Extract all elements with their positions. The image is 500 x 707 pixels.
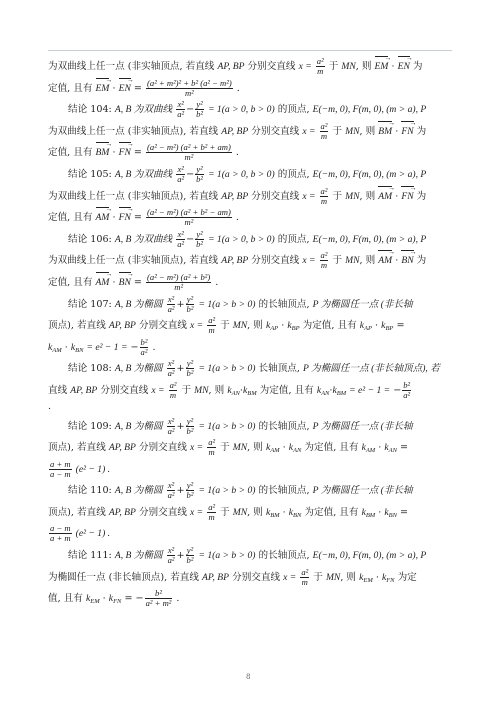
denominator: a² [176, 240, 185, 249]
paragraph-line: 为椭圆任一点 (非长轴顶点), 若直线 AP, BP 分别交直线 x = a²m… [48, 567, 452, 589]
text: A, B 为椭圆 [115, 485, 163, 496]
text: · [112, 277, 115, 288]
conclusion-label: 结论 106: [68, 234, 112, 245]
text: AP, BP [109, 320, 136, 331]
fraction: x²a² [176, 165, 185, 184]
denominator: a + m [49, 534, 72, 543]
text: = [124, 593, 132, 604]
header-rule [48, 50, 452, 51]
text: = e² − 1 = [86, 342, 127, 353]
text: x = [283, 572, 296, 583]
text: · [283, 507, 286, 518]
text: . [236, 147, 239, 158]
vector: EN [119, 78, 131, 100]
text: − [136, 593, 144, 604]
paragraph-line: a + ma − m (e² − 1) . [48, 459, 452, 481]
text: 长轴顶点, [259, 363, 300, 374]
text: MN [326, 572, 340, 583]
text: 为定值, 且有 [304, 442, 358, 453]
text: . [236, 212, 239, 223]
denominator: m [316, 67, 325, 76]
paragraph-line: 顶点), 若直线 AP, BP 分别交直线 x = a²m 于 MN, 则 kA… [48, 437, 452, 459]
paragraph-line: a − ma + m (e² − 1) . [48, 523, 452, 545]
vector: BM [96, 142, 110, 164]
text: 为双曲线上任一点 (非实轴顶点), [48, 126, 186, 137]
text: · [281, 320, 284, 331]
vector: BM [378, 121, 392, 143]
text: = [400, 442, 408, 453]
vector: EN [398, 56, 410, 78]
text: AP, BP [221, 191, 248, 202]
text: 分别交直线 [251, 126, 299, 137]
document-body: 为双曲线上任一点 (非实轴顶点, 若直线 AP, BP 分别交直线 x = a²… [48, 56, 452, 610]
fraction: a − ma + m [49, 524, 72, 543]
subscript: BM [270, 512, 279, 519]
fraction: a²m [169, 381, 178, 400]
numerator: x² [167, 417, 176, 427]
subscript: AN [293, 447, 301, 454]
fraction: a²m [320, 251, 329, 270]
text: . [237, 83, 240, 94]
text: = 1(a > b > 0) [198, 550, 255, 561]
paragraph-line: 结论 107: A, B 为椭圆 x²a²+y²b² = 1(a > b > 0… [48, 294, 452, 316]
text: = [400, 507, 408, 518]
text: MN [233, 442, 247, 453]
denominator: b² [195, 110, 204, 119]
text: 为 [417, 126, 427, 137]
text: A, B 为椭圆 [115, 299, 163, 310]
fraction: y²b² [186, 359, 195, 378]
subscript: FN [113, 598, 121, 605]
text: (e² − 1) . [76, 528, 110, 539]
text: · [395, 191, 398, 202]
fraction: a²m [207, 316, 216, 335]
vector: AM [96, 272, 110, 294]
text: , 则 [247, 507, 263, 518]
vector: FN [401, 121, 413, 143]
denominator: m [300, 578, 309, 587]
text: 为双曲线上任一点 (非实轴顶点), [48, 255, 186, 266]
text: 的长轴顶点, [259, 421, 310, 432]
fraction: a²m [300, 568, 309, 587]
fraction: (a² − m²) (a² + b² + am)m² [146, 143, 232, 162]
text: 于 [332, 191, 342, 202]
fraction: y²b² [186, 481, 195, 500]
text: AP, BP [202, 572, 229, 583]
vector: BN [401, 250, 413, 272]
subscript: BP [385, 325, 393, 332]
fraction: (a² − m²) (a² + b² − am)m² [146, 208, 232, 227]
text: 于 [332, 126, 342, 137]
text: 的长轴顶点, [259, 485, 310, 496]
text: . [48, 401, 51, 412]
denominator: a² [167, 427, 176, 436]
subscript: AN [389, 447, 397, 454]
text: 分别交直线 [248, 61, 296, 72]
fraction: x²a² [167, 481, 176, 500]
text: 分别交直线 [100, 385, 148, 396]
denominator: m² [146, 283, 211, 292]
text: , 则 [356, 61, 372, 72]
text: 为定 [398, 572, 417, 583]
text: A, B 为双曲线 [115, 104, 172, 115]
vector: EM [96, 78, 110, 100]
text: P 为椭圆任一点 (非长轴顶点), 若 [303, 363, 440, 374]
fraction: (a² + m²)² + b² (a² − m²)m² [146, 79, 233, 98]
text: x = [190, 320, 203, 331]
denominator: m [320, 132, 329, 141]
text: · [283, 442, 286, 453]
text: MN [341, 61, 355, 72]
text: = [134, 277, 142, 288]
text: 于 [182, 385, 192, 396]
paragraph-line: 值, 且有 kEM · kFN = −b²a² + m² . [48, 588, 452, 610]
subscript: FN [386, 577, 394, 584]
denominator: m [320, 261, 329, 270]
text: AP, BP [109, 442, 136, 453]
text: = [396, 320, 404, 331]
text: MN [233, 507, 247, 518]
fraction: x²a² [176, 230, 185, 249]
vector: AM [96, 207, 110, 229]
denominator: m [207, 448, 216, 457]
denominator: b² [186, 556, 195, 565]
text: 分别交直线 [139, 320, 187, 331]
text: = [134, 83, 142, 94]
text: · [391, 61, 394, 72]
paragraph-line: 顶点), 若直线 AP, BP 分别交直线 x = a²m 于 MN, 则 kA… [48, 315, 452, 337]
text: 为双曲线上任一点 (非实轴顶点), [48, 191, 186, 202]
text: · [103, 593, 106, 604]
text: , 则 [247, 442, 263, 453]
denominator: b² [186, 305, 195, 314]
text: 分别交直线 [251, 191, 299, 202]
paragraph-line: 定值, 且有 AM · FN = (a² − m²) (a² + b² − am… [48, 207, 452, 229]
text: 为 [417, 191, 427, 202]
text: MN [194, 385, 208, 396]
text: − [186, 234, 194, 245]
text: , 则 [209, 385, 225, 396]
text: P 为椭圆任一点 (非长轴 [313, 299, 413, 310]
text: x = [299, 61, 312, 72]
text: 为 [417, 255, 427, 266]
subscript: AP [270, 325, 278, 332]
fraction: a²m [320, 187, 329, 206]
fraction: (a² − m²) (a² + b²)m² [146, 273, 211, 292]
conclusion-label: 结论 104: [68, 104, 112, 115]
text: MN [345, 191, 359, 202]
denominator: m [207, 326, 216, 335]
paragraph-line: . [48, 402, 452, 416]
subscript: BM [337, 390, 346, 397]
denominator: b² [186, 427, 195, 436]
vector: EM [375, 56, 389, 78]
fraction: a²m [316, 57, 325, 76]
text: . [152, 342, 155, 353]
text: MN [345, 255, 359, 266]
text: 定值, 且有 [48, 277, 92, 288]
text: , 则 [247, 320, 263, 331]
paragraph-line: 结论 108: A, B 为椭圆 x²a²+y²b² = 1(a > b > 0… [48, 358, 452, 380]
text: AP, BP [109, 507, 136, 518]
text: = 1(a > b > 0) [198, 363, 255, 374]
denominator: b² [186, 369, 195, 378]
text: 若直线 [189, 191, 218, 202]
denominator: a − m [49, 470, 72, 479]
text: , 则 [360, 191, 376, 202]
denominator: a² [167, 556, 176, 565]
text: 顶点), 若直线 [48, 442, 106, 453]
fraction: y²b² [195, 100, 204, 119]
text: 为定值, 且有 [303, 320, 357, 331]
text: , 则 [360, 126, 376, 137]
text: 的顶点, [278, 234, 310, 245]
vector: AM [378, 250, 392, 272]
subscript: BN [293, 512, 301, 519]
text: A, B 为椭圆 [115, 363, 163, 374]
text: 于 [313, 572, 323, 583]
fraction: y²b² [195, 230, 204, 249]
text: 的顶点, [278, 104, 310, 115]
fraction: a²m [207, 438, 216, 457]
text: · [65, 342, 68, 353]
text: − [393, 385, 401, 396]
text: A, B 为双曲线 [115, 169, 172, 180]
text: P 为椭圆任一点 (非长轴 [313, 421, 413, 432]
text: 分别交直线 [251, 255, 299, 266]
text: = [134, 212, 142, 223]
text: = 1(a > 0, b > 0) [208, 104, 275, 115]
text: 顶点), 若直线 [48, 507, 106, 518]
text: 分别交直线 [232, 572, 280, 583]
paragraph-line: 结论 110: A, B 为椭圆 x²a²+y²b² = 1(a > b > 0… [48, 480, 452, 502]
text: 的长轴顶点, [259, 299, 310, 310]
fraction: x²a² [167, 417, 176, 436]
text: 若直线 [189, 126, 218, 137]
subscript: AM [366, 447, 375, 454]
text: 分别交直线 [139, 507, 187, 518]
denominator: b² [195, 175, 204, 184]
conclusion-label: 结论 107: [68, 299, 112, 310]
text: x = [302, 255, 315, 266]
fraction: y²b² [195, 165, 204, 184]
conclusion-label: 结论 110: [68, 485, 112, 496]
text: 定值, 且有 [48, 147, 92, 158]
text: 于 [220, 320, 230, 331]
denominator: a² [140, 348, 149, 357]
fraction: a + ma − m [49, 460, 72, 479]
text: 分别交直线 [139, 442, 187, 453]
fraction: x²a² [167, 546, 176, 565]
fraction: y²b² [186, 546, 195, 565]
vector: FN [401, 186, 413, 208]
denominator: a² [167, 491, 176, 500]
text: · [378, 507, 381, 518]
paragraph-line: 结论 109: A, B 为椭圆 x²a²+y²b² = 1(a > b > 0… [48, 416, 452, 438]
text: AP, BP [70, 385, 97, 396]
text: = 1(a > b > 0) [198, 299, 255, 310]
text: · [376, 572, 379, 583]
text: (e² − 1) . [76, 464, 110, 475]
text: 为椭圆任一点 (非长轴顶点), [48, 572, 167, 583]
text: x = [302, 191, 315, 202]
text: 若直线 [189, 255, 218, 266]
conclusion-label: 结论 105: [68, 169, 112, 180]
fraction: b²a² [140, 338, 149, 357]
text: · [395, 255, 398, 266]
text: = 1(a > 0, b > 0) [208, 234, 275, 245]
text: = e² − 1 = [349, 385, 390, 396]
vector: FN [119, 142, 131, 164]
text: 值, 且有 [48, 593, 83, 604]
text: = 1(a > b > 0) [198, 485, 255, 496]
text: − [131, 342, 139, 353]
text: = 1(a > 0, b > 0) [208, 169, 275, 180]
denominator: a² [176, 175, 185, 184]
fraction: b²a² + m² [145, 589, 173, 608]
text: + [176, 363, 184, 374]
subscript: AM [52, 347, 61, 354]
subscript: BM [366, 512, 375, 519]
text: 为双曲线上任一点 (非实轴顶点 [48, 61, 180, 72]
text: A, B 为双曲线 [115, 234, 172, 245]
text: AP, BP [217, 61, 244, 72]
text: − [186, 169, 194, 180]
text: x = [190, 442, 203, 453]
text: = [134, 147, 142, 158]
text: A, B 为椭圆 [115, 550, 163, 561]
denominator: a² [402, 391, 411, 400]
text: 定值, 且有 [48, 83, 92, 94]
text: − [186, 104, 194, 115]
page-number: 8 [246, 673, 250, 681]
text: x = [151, 385, 164, 396]
text: 的顶点, [278, 169, 310, 180]
text: + [176, 485, 184, 496]
text: · [378, 442, 381, 453]
paragraph-line: 顶点), 若直线 AP, BP 分别交直线 x = a²m 于 MN, 则 kB… [48, 502, 452, 524]
text: x = [190, 507, 203, 518]
text: AP, BP [221, 255, 248, 266]
subscript: BP [292, 325, 300, 332]
text: AP, BP [221, 126, 248, 137]
fraction: x²a² [167, 295, 176, 314]
fraction: a²m [207, 503, 216, 522]
text: P 为椭圆任一点 (非长轴 [313, 485, 413, 496]
text: = 1(a > b > 0) [198, 421, 255, 432]
text: 若直线 [186, 61, 215, 72]
fraction: x²a² [176, 100, 185, 119]
paragraph-line: 直线 AP, BP 分别交直线 x = a²m 于 MN, 则 kAN·kBM … [48, 380, 452, 402]
text: + [176, 421, 184, 432]
vector: AM [378, 186, 392, 208]
text: . [176, 593, 179, 604]
fraction: b²a² [402, 381, 411, 400]
denominator: b² [186, 491, 195, 500]
text: E(−m, 0), F(m, 0), (m > a), P [313, 550, 427, 561]
paragraph-line: 定值, 且有 AM · BN = (a² − m²) (a² + b²)m² . [48, 272, 452, 294]
text: , 则 [360, 255, 376, 266]
text: x = [302, 126, 315, 137]
numerator: y² [186, 417, 195, 427]
text: 于 [329, 61, 339, 72]
paragraph-line: kAM · kBN = e² − 1 = −b²a² . [48, 337, 452, 359]
subscript: EM [363, 577, 372, 584]
fraction: a²m [320, 122, 329, 141]
fraction: x²a² [167, 359, 176, 378]
text: · [112, 212, 115, 223]
text: 的长轴顶点, [259, 550, 310, 561]
text: 顶点), 若直线 [48, 320, 106, 331]
text: A, B 为椭圆 [115, 421, 163, 432]
denominator: m² [146, 218, 232, 227]
text: MN [233, 320, 247, 331]
text: . [215, 277, 218, 288]
conclusion-label: 结论 108: [68, 363, 112, 374]
denominator: m [207, 513, 216, 522]
denominator: a² [176, 110, 185, 119]
conclusion-label: 结论 109: [68, 421, 112, 432]
text: 定值, 且有 [48, 212, 92, 223]
text: 若直线 [170, 572, 199, 583]
text: MN [345, 126, 359, 137]
vector: BN [119, 272, 131, 294]
subscript: BM [247, 390, 256, 397]
text: 于 [220, 442, 230, 453]
subscript: AM [270, 447, 279, 454]
text: · [112, 147, 115, 158]
vector: FN [119, 207, 131, 229]
text: · [375, 320, 378, 331]
denominator: m² [146, 89, 233, 98]
text: + [176, 550, 184, 561]
paragraph-line: 定值, 且有 BM · FN = (a² − m²) (a² + b² + am… [48, 142, 452, 164]
text: 直线 [48, 385, 67, 396]
text: + [176, 299, 184, 310]
text: 于 [220, 507, 230, 518]
text: 为定值, 且有 [260, 385, 314, 396]
text: , 则 [340, 572, 356, 583]
fraction: y²b² [186, 417, 195, 436]
conclusion-label: 结论 111: [68, 550, 112, 561]
denominator: a² + m² [145, 599, 173, 608]
subscript: BN [75, 347, 83, 354]
text: · [112, 83, 115, 94]
denominator: m [169, 391, 178, 400]
denominator: b² [195, 240, 204, 249]
paragraph-line: 定值, 且有 EM · EN = (a² + m²)² + b² (a² − m… [48, 78, 452, 100]
subscript: AP [364, 325, 372, 332]
paragraph-line: 结论 111: A, B 为椭圆 x²a²+y²b² = 1(a > b > 0… [48, 545, 452, 567]
denominator: m [320, 197, 329, 206]
text: 为 [413, 61, 423, 72]
fraction: y²b² [186, 295, 195, 314]
text: 为定值, 且有 [304, 507, 358, 518]
denominator: a² [167, 369, 176, 378]
subscript: AN [232, 390, 240, 397]
denominator: a² [167, 305, 176, 314]
denominator: m² [146, 153, 232, 162]
text: 于 [332, 255, 342, 266]
text: · [395, 126, 398, 137]
subscript: BN [389, 512, 397, 519]
subscript: EM [90, 598, 99, 605]
